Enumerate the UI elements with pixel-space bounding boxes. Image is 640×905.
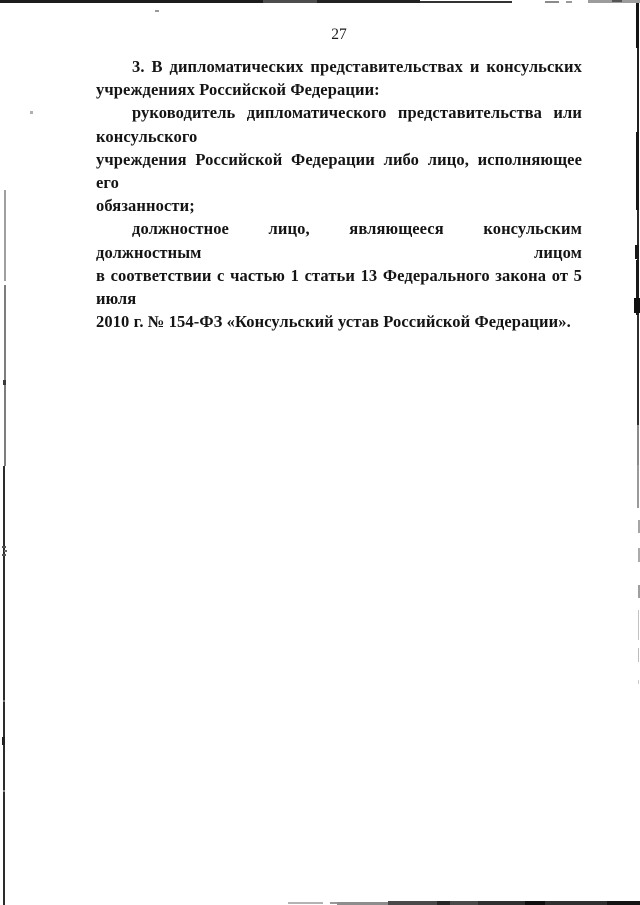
scan-artifact-bottom-edge <box>330 902 337 904</box>
scan-artifact-left-line <box>4 190 6 281</box>
text-line: учреждениях Российской Федерации: <box>96 78 582 101</box>
scan-artifact-left-squiggle <box>2 554 6 556</box>
scan-artifact-left-line <box>4 285 6 466</box>
scan-artifact-top-edge <box>545 1 559 3</box>
scan-artifact-top-edge <box>420 1 512 3</box>
scan-artifact-right-line <box>637 48 639 132</box>
scan-artifact-bottom-edge <box>437 901 450 905</box>
scan-artifact-left-squiggle <box>2 546 6 548</box>
scan-artifact-bottom-edge <box>288 902 323 904</box>
scan-artifact-speck <box>155 10 159 12</box>
text-line: должностное лицо, являющееся консульским… <box>96 217 582 263</box>
scan-artifact-left-speck <box>3 790 5 792</box>
scan-artifact-top-edge <box>0 0 263 3</box>
scan-artifact-top-edge <box>566 1 572 3</box>
scan-artifact-right-line <box>636 3 639 48</box>
scan-artifact-bottom-edge <box>388 901 478 905</box>
scanned-document-page: 27 3. В дипломатических представительств… <box>0 0 640 905</box>
paragraph: руководитель дипломатического представит… <box>96 101 582 217</box>
scan-artifact-bottom-edge <box>525 901 545 905</box>
scan-artifact-right-dash <box>638 610 639 640</box>
scan-artifact-right-line <box>637 315 639 425</box>
text-line: обязанности; <box>96 194 582 217</box>
document-body: 3. В дипломатических представительствах … <box>96 55 582 333</box>
scan-artifact-top-edge <box>612 0 622 2</box>
scan-artifact-left-line <box>2 737 5 745</box>
paragraph: должностное лицо, являющееся консульским… <box>96 217 582 333</box>
scan-artifact-bottom-edge <box>607 901 640 905</box>
scan-artifact-right-line <box>637 425 639 465</box>
text-line: руководитель дипломатического представит… <box>96 101 582 147</box>
text-line: 3. В дипломатических представительствах … <box>96 55 582 78</box>
text-line: учреждения Российской Федерации либо лиц… <box>96 148 582 194</box>
scan-artifact-right-line <box>635 245 639 259</box>
scan-artifact-right-line <box>637 465 639 508</box>
scan-artifact-top-edge <box>317 0 420 3</box>
scan-artifact-left-line <box>3 466 5 905</box>
scan-artifact-right-dash <box>638 648 639 662</box>
scan-artifact-right-line <box>634 298 640 313</box>
scan-artifact-right-speck <box>638 680 639 684</box>
scan-artifact-speck <box>30 111 33 114</box>
scan-artifact-top-edge <box>263 0 317 3</box>
text-line: 2010 г. № 154-ФЗ «Консульский устав Росс… <box>96 310 582 333</box>
paragraph: 3. В дипломатических представительствах … <box>96 55 582 101</box>
page-number: 27 <box>96 25 582 45</box>
scan-artifact-left-line <box>3 380 6 385</box>
scan-artifact-right-line <box>636 132 639 210</box>
text-line: в соответствии с частью 1 статьи 13 Феде… <box>96 264 582 310</box>
scan-artifact-left-squiggle <box>4 550 7 552</box>
scan-artifact-left-speck <box>3 700 5 702</box>
